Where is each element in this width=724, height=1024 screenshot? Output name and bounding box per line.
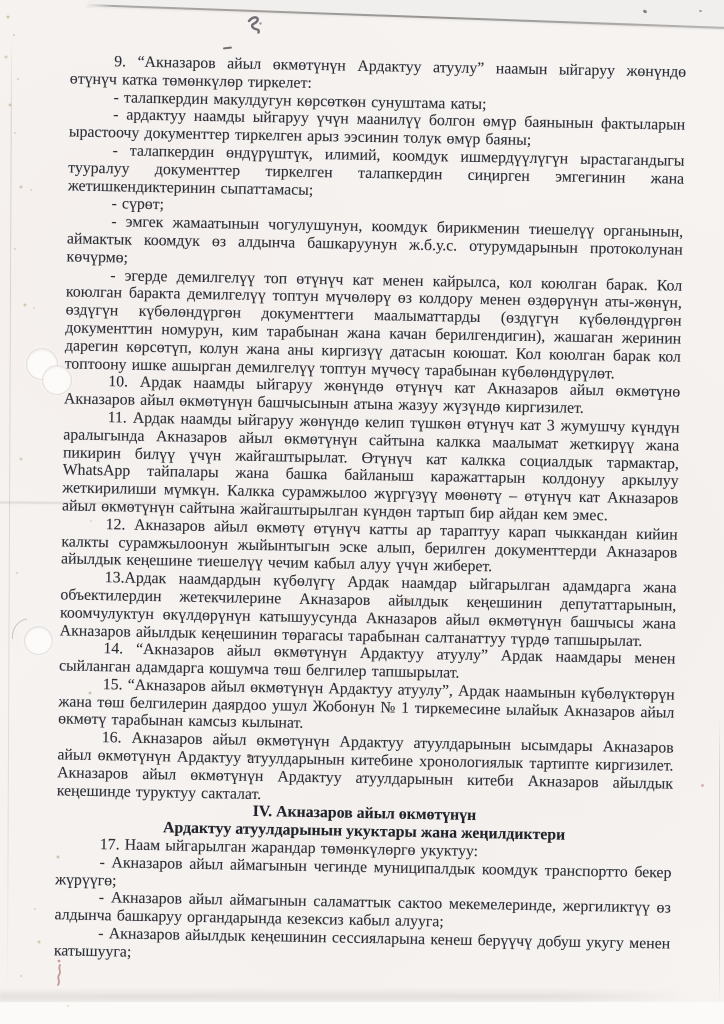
scanned-page: 9. “Акназаров айыл өкмөтүнүн Ардактуу ат… — [0, 0, 724, 1024]
paragraph-13: 13.Ардак наамдардын күбөлүгү Ардак наамд… — [60, 568, 677, 650]
paper-bottom-shadow — [0, 988, 690, 1002]
paper-bottom-margin — [0, 1002, 724, 1024]
document-body: 9. “Акназаров айыл өкмөтүнүн Ардактуу ат… — [54, 52, 687, 971]
paragraph-11: 11. Ардак наамды ыйгаруу жөнүндө келип т… — [62, 408, 680, 526]
paragraph-16: 16. Акназаров айыл өкмөтүнүн Ардактуу ат… — [57, 729, 674, 811]
ink-speck — [699, 10, 702, 12]
stain-dot — [701, 784, 704, 787]
paper-speckles — [0, 0, 2, 2]
punch-hole — [25, 627, 52, 654]
pen-dash-mark — [223, 46, 232, 49]
paper-left-edge — [7, 38, 13, 996]
ink-smudge-mark — [245, 14, 265, 47]
stain-dot — [406, 599, 411, 603]
punch-hole — [43, 366, 71, 394]
paper-right-edge — [719, 715, 720, 1005]
red-ink-mark — [52, 958, 68, 993]
item-signature-sheet: - эгерде демилгелүү топ өтүнүч кат менен… — [64, 266, 682, 384]
ink-dot — [247, 754, 251, 758]
